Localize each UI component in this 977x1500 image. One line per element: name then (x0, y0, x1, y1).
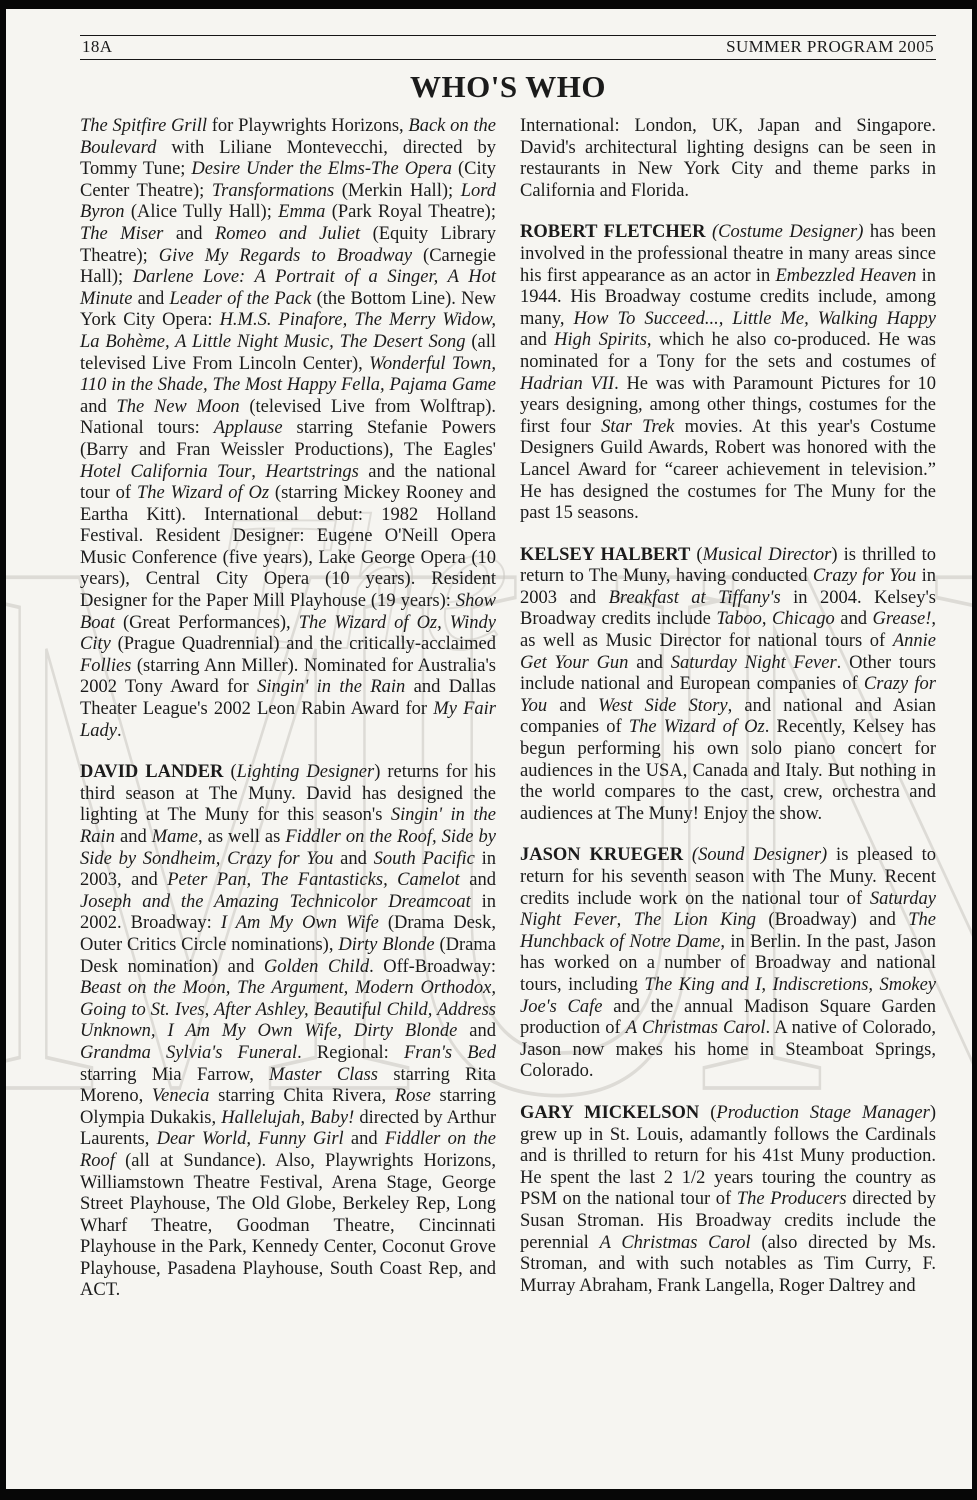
text-run: Breakfast at Tiffany's (609, 588, 781, 608)
page-title: WHO'S WHO (80, 69, 936, 105)
text-run: Transformations (212, 181, 334, 201)
text-run: How To Succeed..., Little Me, Walking Ha… (574, 309, 936, 329)
text-run: and (344, 1129, 385, 1149)
text-run: . Off-Broadway: (369, 957, 496, 977)
person-name: JASON KRUEGER (520, 845, 683, 865)
text-run: Give My Regards to Broadway (159, 246, 412, 266)
text-run: Saturday Night Fever (671, 653, 837, 673)
text-run: Singin' in the Rain (257, 677, 405, 697)
text-run: A Christmas Carol (600, 1233, 751, 1253)
text-run: Follies (80, 656, 131, 676)
person-name: DAVID LANDER (80, 762, 223, 782)
text-run: The Spitfire Grill (80, 116, 207, 136)
text-run: Dirty Blonde (338, 935, 434, 955)
text-run: Desire Under the Elms-The Opera (191, 159, 452, 179)
running-header: 18A SUMMER PROGRAM 2005 (80, 35, 936, 60)
text-run: Embezzled Heaven (776, 266, 917, 286)
text-run: , (251, 462, 265, 482)
bio-david-lander-continued: International: London, UK, Japan and Sin… (520, 116, 936, 202)
text-run: and (333, 849, 373, 869)
text-run: and (115, 827, 152, 847)
text-run: Mame (152, 827, 198, 847)
text-run: Hallelujah, Baby! (221, 1108, 354, 1128)
text-run: Beast on the Moon, The Argument, Modern … (80, 978, 496, 1041)
text-run: for Playwrights Horizons, (207, 116, 408, 136)
text-run: Peter Pan, The Fantasticks, Camelot (167, 870, 460, 890)
text-run: South Pacific (374, 849, 475, 869)
text-run: (Broadway) and (756, 910, 908, 930)
left-column: The Spitfire Grill for Playwrights Horiz… (80, 116, 496, 1322)
text-run: and (132, 289, 169, 309)
text-run: , as well as (198, 827, 285, 847)
text-run: (Merkin Hall); (334, 181, 460, 201)
text-run: Master Class (269, 1065, 378, 1085)
bio-david-lander: DAVID LANDER (Lighting Designer) returns… (80, 762, 496, 1302)
two-column-text: The Spitfire Grill for Playwrights Horiz… (80, 116, 936, 1322)
bio-gary-mickelson: GARY MICKELSON (Production Stage Manager… (520, 1103, 936, 1297)
bio-kelsey-halbert: KELSEY HALBERT (Musical Director) is thr… (520, 545, 936, 826)
text-run: starring Mia Farrow, (80, 1065, 269, 1085)
text-run: ( (690, 545, 702, 565)
text-run: and (460, 870, 496, 890)
text-run: and (80, 397, 116, 417)
text-run: Applause (214, 418, 283, 438)
text-run: Production Stage Manager (716, 1103, 929, 1123)
text-run: and (835, 609, 873, 629)
text-run: Golden Child (264, 957, 369, 977)
person-name: KELSEY HALBERT (520, 545, 690, 565)
text-run: ( (223, 762, 236, 782)
text-run: starring Chita Rivera, (209, 1086, 394, 1106)
text-run: Hotel California Tour (80, 462, 251, 482)
text-run: Grandma Sylvia's Funeral (80, 1043, 297, 1063)
text-run: (Prague Quadrennial) and the critically-… (111, 634, 496, 654)
person-name: ROBERT FLETCHER (520, 222, 705, 242)
text-run: and (163, 224, 215, 244)
text-run: (Alice Tully Hall); (125, 202, 279, 222)
text-run: . Regional: (297, 1043, 404, 1063)
text-run: High Spirits (554, 330, 647, 350)
text-run: , (617, 910, 634, 930)
text-run: The Lion King (634, 910, 756, 930)
text-run: and (628, 653, 670, 673)
text-run: (all at Sundance). Also, Playwrights Hor… (80, 1151, 496, 1301)
text-run: Emma (278, 202, 325, 222)
text-run: and (457, 1021, 496, 1041)
text-run: The Miser (80, 224, 163, 244)
text-run: Lighting Designer (237, 762, 375, 782)
text-run: A Christmas Carol (626, 1018, 766, 1038)
person-name: GARY MICKELSON (520, 1103, 699, 1123)
text-run: (Sound Designer) (683, 845, 827, 865)
text-run: Leader of the Pack (169, 289, 311, 309)
text-run: The Wizard of Oz (629, 717, 765, 737)
text-run: International: London, UK, Japan and Sin… (520, 116, 936, 201)
text-run: West Side Story (598, 696, 727, 716)
bio-jason-krueger: JASON KRUEGER (Sound Designer) is please… (520, 845, 936, 1083)
text-run: Fran's Bed (404, 1043, 496, 1063)
text-run: Chicago (772, 609, 835, 629)
page-content: 18A SUMMER PROGRAM 2005 WHO'S WHO The Sp… (6, 9, 972, 1489)
text-run: The Wizard of Oz (137, 483, 269, 503)
text-run: Dear World, Funny Girl (157, 1129, 344, 1149)
text-run: and (547, 696, 598, 716)
text-run: The Producers (737, 1189, 847, 1209)
text-run: Grease! (872, 609, 931, 629)
bio-robert-fletcher: ROBERT FLETCHER (Costume Designer) has b… (520, 222, 936, 524)
text-run: Star Trek (601, 417, 674, 437)
text-run: and (520, 330, 554, 350)
text-run: Heartstrings (265, 462, 359, 482)
text-run: Musical Director (703, 545, 832, 565)
text-run: (Costume Designer) (705, 222, 863, 242)
text-run: Venecia (152, 1086, 210, 1106)
text-run: Hadrian VII (520, 374, 614, 394)
text-run: Taboo (716, 609, 762, 629)
text-run: Romeo and Juliet (215, 224, 360, 244)
bio-continued-from-previous-page: The Spitfire Grill for Playwrights Horiz… (80, 116, 496, 742)
text-run: I Am My Own Wife (221, 913, 379, 933)
text-run: ( (699, 1103, 716, 1123)
program-title: SUMMER PROGRAM 2005 (726, 37, 934, 57)
text-run: Joseph and the Amazing Technicolor Dream… (80, 892, 471, 912)
text-run: . (117, 721, 122, 741)
text-run: (Great Performances), (115, 613, 299, 633)
text-run: , (762, 609, 772, 629)
text-run: The New Moon (116, 397, 239, 417)
page-number: 18A (82, 37, 112, 57)
text-run: (Park Royal Theatre); (325, 202, 496, 222)
text-run: Crazy for You (813, 566, 916, 586)
program-page: The MUNY 18A SUMMER PROGRAM 2005 WHO'S W… (0, 0, 977, 1500)
text-run: Rose (395, 1086, 431, 1106)
right-column: International: London, UK, Japan and Sin… (520, 116, 936, 1322)
